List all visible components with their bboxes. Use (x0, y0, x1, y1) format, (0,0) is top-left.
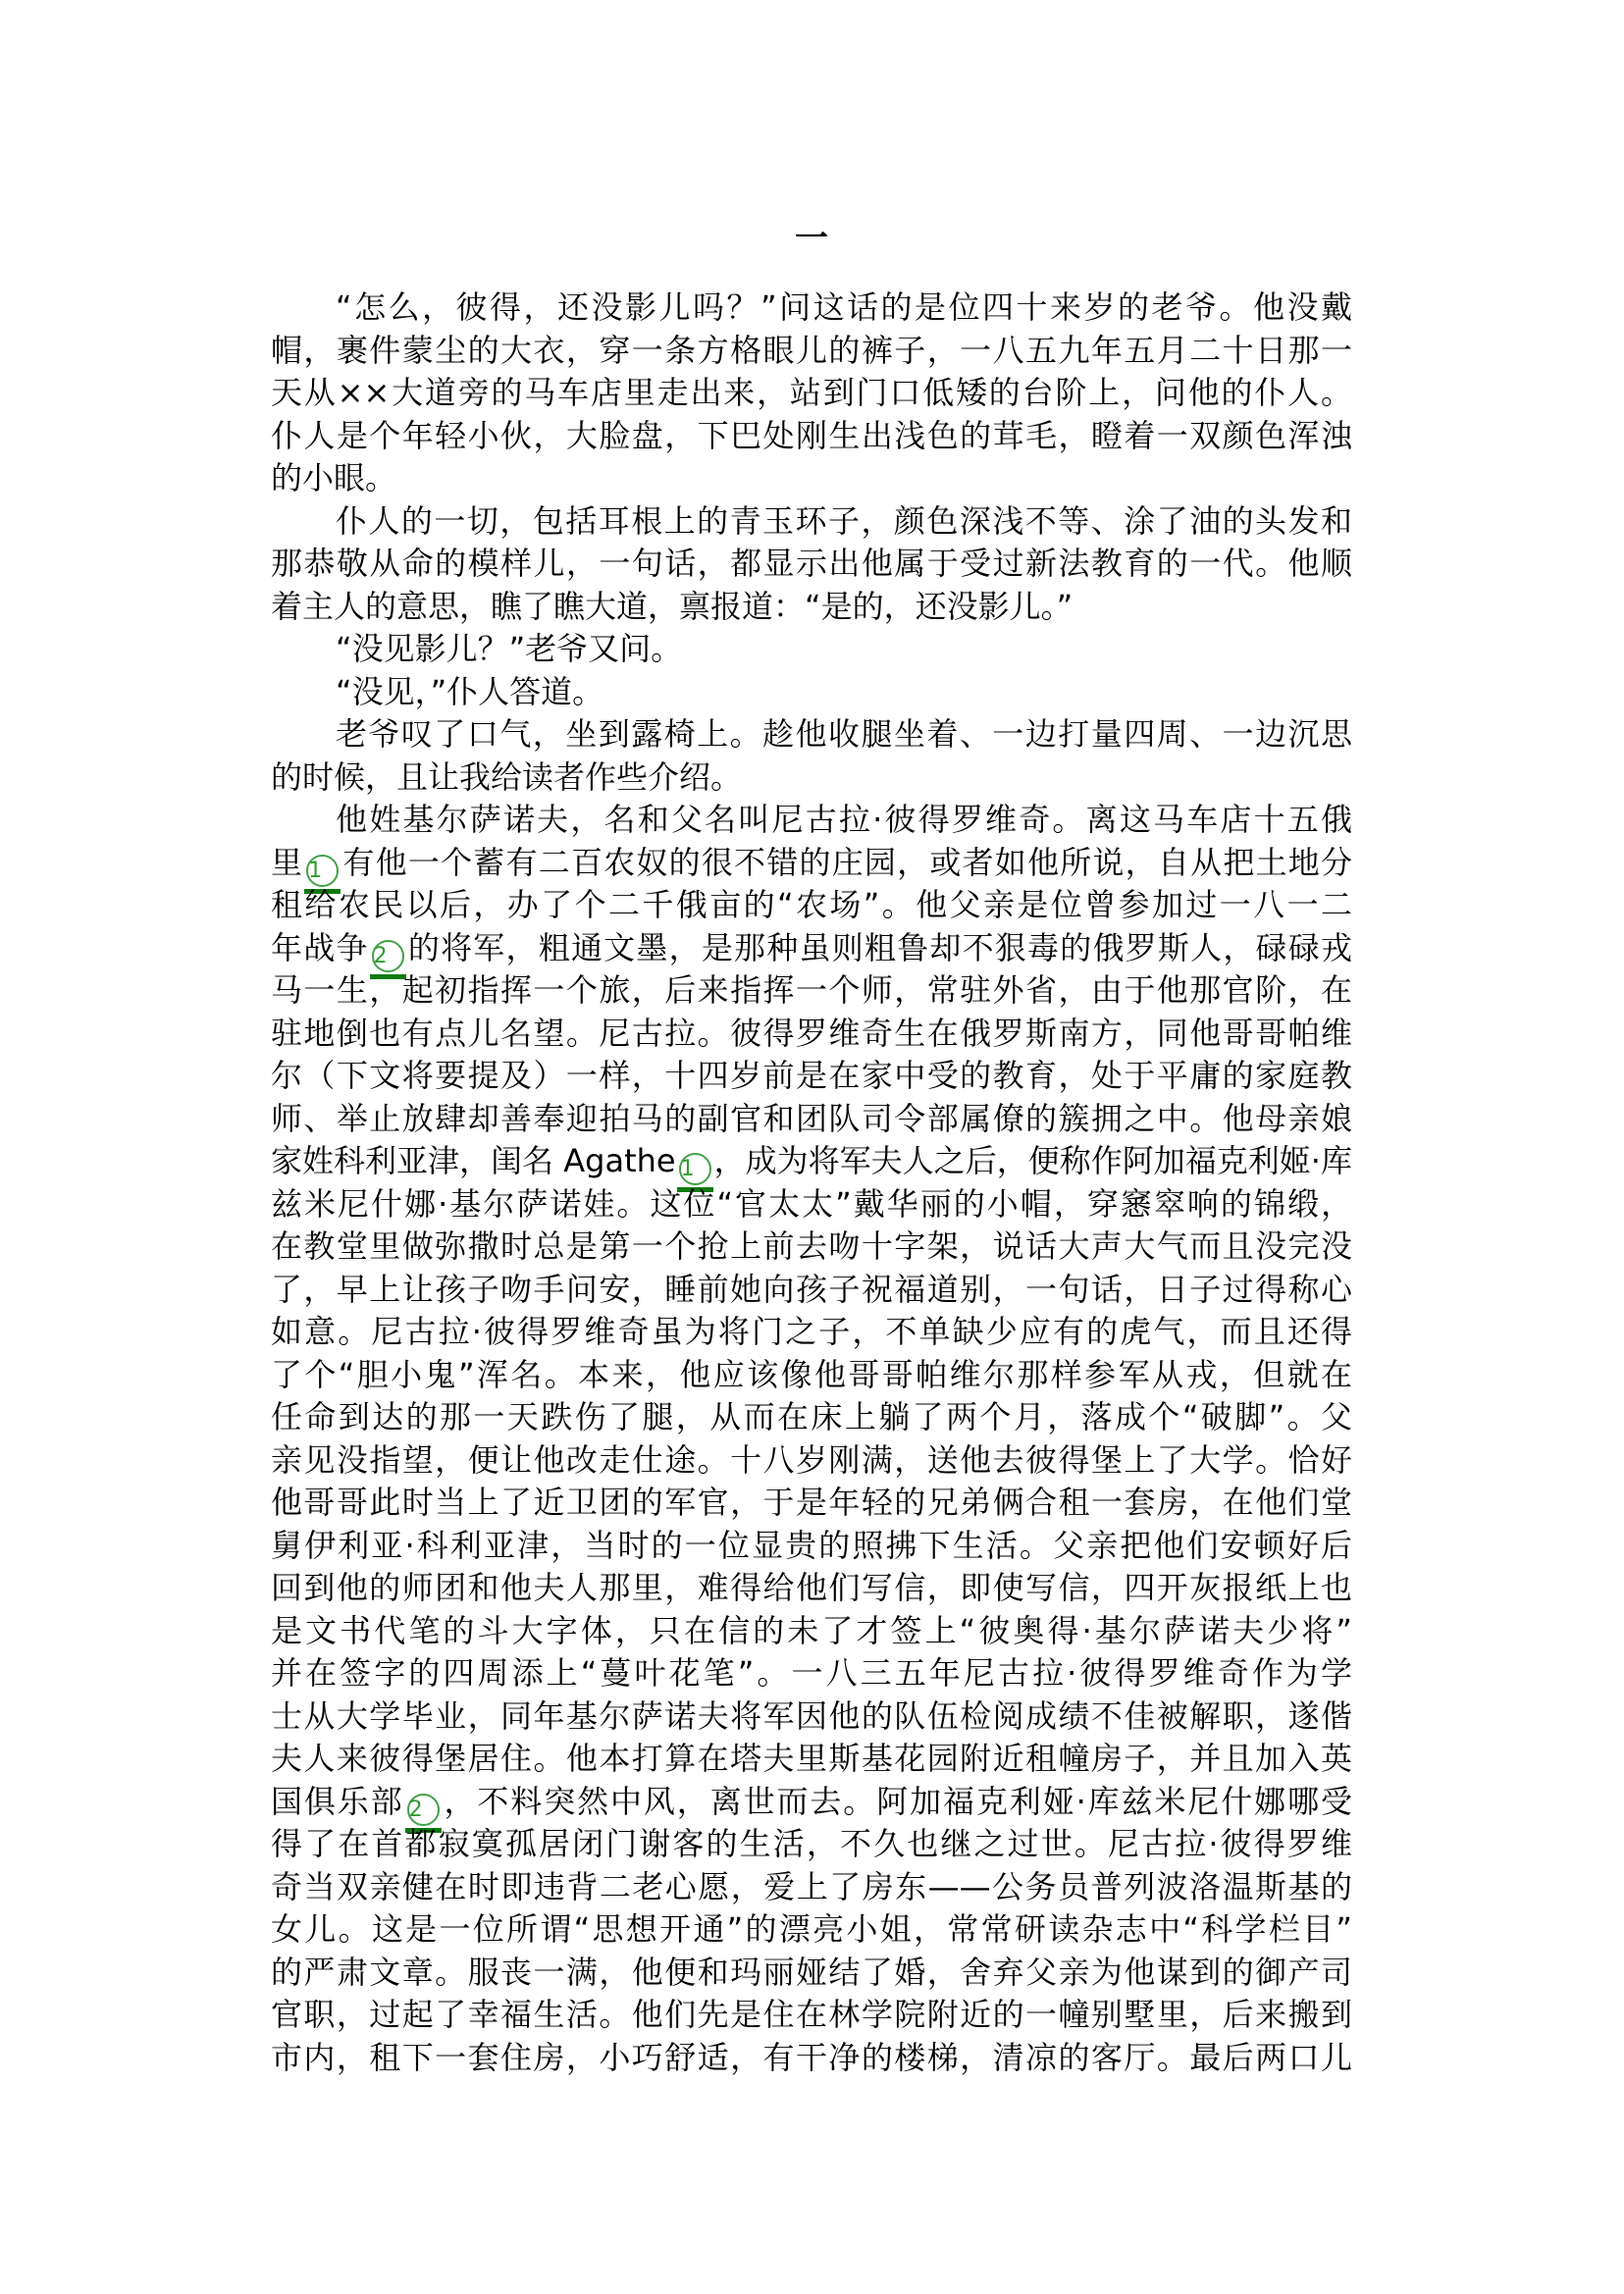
text-line: 如意。尼古拉·彼得罗维奇虽为将门之子，不单缺少应有的虎气，而且还得 (271, 1311, 1352, 1354)
text-line: “怎么，彼得，还没影儿吗？”问这话的是位四十来岁的老爷。他没戴 (271, 287, 1352, 330)
text-line: 了，早上让孩子吻手问安，睡前她向孩子祝福道别，一句话，日子过得称心 (271, 1269, 1352, 1312)
text-line: 市内，租下一套住房，小巧舒适，有干净的楼梯，清凉的客厅。最后两口儿 (271, 2037, 1352, 2080)
text-line: 天从××大道旁的马车店里走出来，站到门口低矮的台阶上，问他的仆人。 (271, 372, 1352, 415)
text-line: “没见，”仆人答道。 (271, 671, 1352, 714)
text-line: 是文书代笔的斗大字体，只在信的未了才签上“彼奥得·基尔萨诺夫少将” (271, 1610, 1352, 1653)
chapter-heading: 一 (271, 216, 1352, 261)
circled-digit: 2 (372, 940, 404, 972)
text-line: 亲见没指望，便让他改走仕途。十八岁刚满，送他去彼得堡上了大学。恰好 (271, 1439, 1352, 1483)
circled-digit: 1 (306, 855, 339, 887)
text-line: 着主人的意思，瞧了瞧大道，禀报道：“是的，还没影儿。” (271, 586, 1352, 629)
text-line: 仆人的一切，包括耳根上的青玉环子，颜色深浅不等、涂了油的头发和 (271, 500, 1352, 544)
text-line: 师、举止放肆却善奉迎拍马的副官和团队司令部属僚的簇拥之中。他母亲娘 (271, 1098, 1352, 1141)
text-line: 马一生，起初指挥一个旅，后来指挥一个师，常驻外省，由于他那官阶，在 (271, 969, 1352, 1013)
text-line: 的小眼。 (271, 457, 1352, 500)
text-line: 家姓科利亚津，闺名 Agathe1，成为将军夫人之后，便称作阿加福克利姬·库 (271, 1140, 1352, 1183)
text-line: 仆人是个年轻小伙，大脸盘，下巴处刚生出浅色的茸毛，瞪着一双颜色浑浊 (271, 415, 1352, 458)
text-line: 里1有他一个蓄有二百农奴的很不错的庄园，或者如他所说，自从把土地分 (271, 842, 1352, 885)
text-line: 得了在首都寂寞孤居闭门谢客的生活，不久也继之过世。尼古拉·彼得罗维 (271, 1823, 1352, 1866)
text-line: 回到他的师团和他夫人那里，难得给他们写信，即使写信，四开灰报纸上也 (271, 1567, 1352, 1610)
text-line: 并在签字的四周添上“蔓叶花笔”。一八三五年尼古拉·彼得罗维奇作为学 (271, 1652, 1352, 1695)
text-line: 任命到达的那一天跌伤了腿，从而在床上躺了两个月，落成个“破脚”。父 (271, 1396, 1352, 1439)
text-line: 租给农民以后，办了个二千俄亩的“农场”。他父亲是位曾参加过一八一二 (271, 884, 1352, 927)
text-line: 奇当双亲健在时即违背二老心愿，爱上了房东——公务员普列波洛温斯基的 (271, 1866, 1352, 1909)
text-body: “怎么，彼得，还没影儿吗？”问这话的是位四十来岁的老爷。他没戴帽，裹件蒙尘的大衣… (271, 287, 1352, 2079)
text-line: 士从大学毕业，同年基尔萨诺夫将军因他的队伍检阅成绩不佳被解职，遂偕 (271, 1695, 1352, 1739)
text-line: 的严肃文章。服丧一满，他便和玛丽娅结了婚，舍弃父亲为他谋到的御产司 (271, 1952, 1352, 1995)
text-line: 在教堂里做弥撒时总是第一个抢上前去吻十字架，说话大声大气而且没完没 (271, 1225, 1352, 1269)
text-line: 他哥哥此时当上了近卫团的军官，于是年轻的兄弟俩合租一套房，在他们堂 (271, 1482, 1352, 1525)
circled-digit: 2 (407, 1794, 440, 1826)
text-line: 老爷叹了口气，坐到露椅上。趁他收腿坐着、一边打量四周、一边沉思 (271, 713, 1352, 756)
circled-digit: 1 (679, 1153, 711, 1185)
text-line: 他姓基尔萨诺夫，名和父名叫尼古拉·彼得罗维奇。离这马车店十五俄 (271, 799, 1352, 842)
ebook-page: { "document": { "chapter_heading": "一", … (0, 0, 1624, 2294)
text-line: 帽，裹件蒙尘的大衣，穿一条方格眼儿的裤子，一八五九年五月二十日那一 (271, 330, 1352, 373)
text-line: 驻地倒也有点儿名望。尼古拉。彼得罗维奇生在俄罗斯南方，同他哥哥帕维 (271, 1013, 1352, 1056)
text-line: 的时候，且让我给读者作些介绍。 (271, 756, 1352, 800)
text-line: 官职，过起了幸福生活。他们先是住在林学院附近的一幢别墅里，后来搬到 (271, 1994, 1352, 2037)
text-line: 舅伊利亚·科利亚津，当时的一位显贵的照拂下生活。父亲把他们安顿好后 (271, 1525, 1352, 1568)
text-line: 尔（下文将要提及）一样，十四岁前是在家中受的教育，处于平庸的家庭教 (271, 1055, 1352, 1098)
text-line: 国俱乐部2，不料突然中风，离世而去。阿加福克利娅·库兹米尼什娜哪受 (271, 1781, 1352, 1824)
text-line: “没见影儿？”老爷又问。 (271, 628, 1352, 671)
text-line: 年战争2的将军，粗通文墨，是那种虽则粗鲁却不狠毒的俄罗斯人，碌碌戎 (271, 927, 1352, 970)
text-line: 那恭敬从命的模样儿，一句话，都显示出他属于受过新法教育的一代。他顺 (271, 543, 1352, 586)
text-line: 兹米尼什娜·基尔萨诺娃。这位“官太太”戴华丽的小帽，穿窸窣响的锦缎， (271, 1183, 1352, 1226)
text-line: 夫人来彼得堡居住。他本打算在塔夫里斯基花园附近租幢房子，并且加入英 (271, 1738, 1352, 1781)
text-line: 女儿。这是一位所谓“思想开通”的漂亮小姐，常常研读杂志中“科学栏目” (271, 1908, 1352, 1952)
text-line: 了个“胆小鬼”浑名。本来，他应该像他哥哥帕维尔那样参军从戎，但就在 (271, 1354, 1352, 1397)
